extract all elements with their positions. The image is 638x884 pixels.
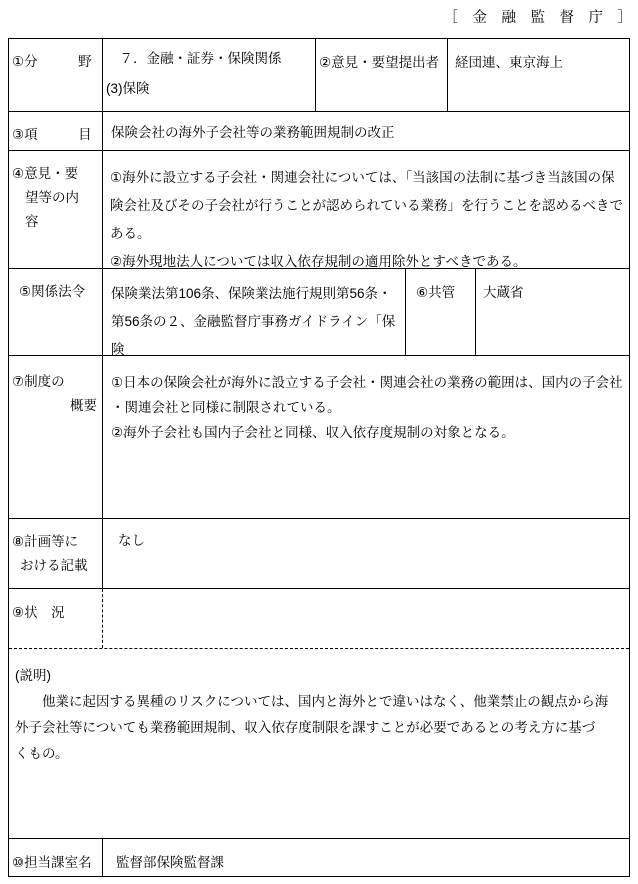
- field-value-line: (3)保険: [106, 74, 313, 104]
- joint-label: ⑥共管: [406, 269, 476, 355]
- plan-label-line: おける記載: [12, 554, 100, 578]
- row-laws: ⑤関係法令 保険業法第106条、保険業法施行規則第56条・ 第56条の２、金融監…: [9, 269, 629, 356]
- opinion-label-line: ④意見・要: [12, 162, 100, 186]
- row-item: ③項 目 保険会社の海外子会社等の業務範囲規制の改正: [9, 112, 629, 151]
- form-table: ①分 野 ７．金融・証券・保険関係 (3)保険 ②意見・要望提出者 経団連、東京…: [8, 38, 630, 877]
- document-page: ［ 金 融 監 督 庁 ］ ①分 野 ７．金融・証券・保険関係 (3)保険 ②意…: [0, 0, 638, 884]
- field-value-line: ７．金融・証券・保険関係: [106, 44, 313, 74]
- plan-label: ⑧計画等に おける記載: [9, 519, 103, 588]
- opinion-content: ①海外に設立する子会社・関連会社については、「当該国の法制に基づき当該国の保 険…: [103, 151, 629, 268]
- explanation-line: 外子会社等についても業務範囲規制、収入依存度制限を課すことが必要であるとの考え方…: [15, 715, 625, 741]
- opinion-content-line: ②海外現地法人については収入依存規制の適用除外とすべきである。: [110, 248, 627, 268]
- field-label: ①分 野: [9, 39, 103, 111]
- plan-label-line: ⑧計画等に: [12, 530, 100, 554]
- system-content-line: ・関連会社と同様に制限されている。: [111, 395, 627, 420]
- opinion-content-line: 険会社及びその子会社が行うことが認められている業務」を行うことを認めるべきで: [110, 192, 627, 220]
- laws-content-line: 第56条の２、金融監督庁事務ガイドライン「保険: [111, 308, 403, 355]
- opinion-content-line: ある。: [110, 220, 627, 248]
- explanation-section: (説明) 他業に起因する異種のリスクについては、国内と海外とで違いはなく、他業禁…: [9, 649, 629, 838]
- item-value: 保険会社の海外子会社等の業務範囲規制の改正: [103, 112, 629, 150]
- submitter-value: 経団連、東京海上: [448, 39, 629, 111]
- row-field: ①分 野 ７．金融・証券・保険関係 (3)保険 ②意見・要望提出者 経団連、東京…: [9, 39, 629, 112]
- system-content-line: ②海外子会社も国内子会社と同様、収入依存度規制の対象となる。: [111, 420, 627, 445]
- row-status: ⑨状 況 □措置済・措置予定□検討中■措置困難□その他 （実施（予定）時期： ）: [9, 589, 629, 649]
- department-label: ⑩担当課室名: [9, 839, 103, 876]
- opinion-content-line: ①海外に設立する子会社・関連会社については、「当該国の法制に基づき当該国の保: [110, 164, 627, 192]
- submitter-label: ②意見・要望提出者: [316, 39, 448, 111]
- row-plan: ⑧計画等に おける記載 なし: [9, 519, 629, 589]
- system-label: ⑦制度の 概要: [9, 356, 103, 518]
- explanation-line: 他業に起因する異種のリスクについては、国内と海外とで違いはなく、他業禁止の観点か…: [15, 689, 625, 715]
- laws-label: ⑤関係法令: [9, 269, 103, 355]
- opinion-label-line: 容: [12, 210, 100, 234]
- explanation-line: くもの。: [15, 741, 625, 767]
- department-value: 監督部保険監督課: [103, 839, 629, 876]
- opinion-label: ④意見・要 望等の内 容: [9, 151, 103, 268]
- laws-content: 保険業法第106条、保険業法施行規則第56条・ 第56条の２、金融監督庁事務ガイ…: [103, 269, 406, 355]
- explanation-title: (説明): [15, 663, 625, 689]
- opinion-label-line: 望等の内: [12, 186, 100, 210]
- row-explanation: (説明) 他業に起因する異種のリスクについては、国内と海外とで違いはなく、他業禁…: [9, 649, 629, 839]
- field-value: ７．金融・証券・保険関係 (3)保険: [103, 39, 316, 111]
- system-label-line: ⑦制度の: [12, 370, 100, 394]
- system-label-line: 概要: [12, 394, 100, 418]
- row-system: ⑦制度の 概要 ①日本の保険会社が海外に設立する子会社・関連会社の業務の範囲は、…: [9, 356, 629, 519]
- agency-header: ［ 金 融 監 督 庁 ］: [0, 0, 638, 28]
- laws-content-line: 保険業法第106条、保険業法施行規則第56条・: [111, 280, 403, 308]
- row-opinion: ④意見・要 望等の内 容 ①海外に設立する子会社・関連会社については、「当該国の…: [9, 151, 629, 269]
- system-content-line: ①日本の保険会社が海外に設立する子会社・関連会社の業務の範囲は、国内の子会社: [111, 370, 627, 395]
- plan-value: なし: [103, 519, 629, 588]
- status-content: □措置済・措置予定□検討中■措置困難□その他 （実施（予定）時期： ）: [103, 589, 629, 648]
- joint-value: 大蔵省: [476, 269, 629, 355]
- system-content: ①日本の保険会社が海外に設立する子会社・関連会社の業務の範囲は、国内の子会社 ・…: [103, 356, 629, 518]
- status-label: ⑨状 況: [9, 589, 103, 648]
- item-label: ③項 目: [9, 112, 103, 150]
- row-department: ⑩担当課室名 監督部保険監督課: [9, 839, 629, 876]
